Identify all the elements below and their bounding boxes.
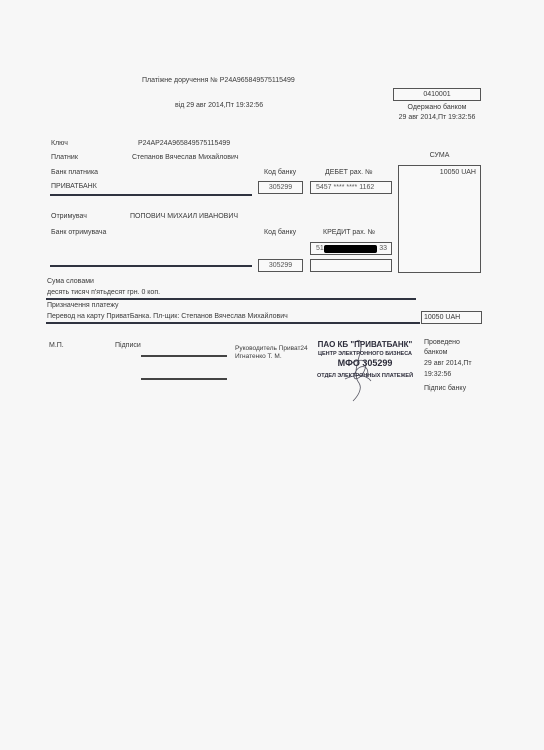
purpose-value: Перевод на карту ПриватБанка. Пл-щик: Ст… [47, 313, 288, 320]
recipient-bank-code-box: 305299 [258, 259, 303, 272]
document-date: від 29 авг 2014,Пт 19:32:56 [175, 102, 263, 109]
amount-box: 10050 UAH [398, 165, 481, 273]
received-date: 29 авг 2014,Пт 19:32:56 [385, 114, 489, 121]
signature-line-1 [141, 355, 227, 357]
processed-label-2: банком [424, 349, 447, 356]
director-name: Игнатенко Т. М. [235, 353, 282, 360]
processed-date-2: 19:32:56 [424, 371, 451, 378]
payer-bank-code-box: 305299 [258, 181, 303, 194]
payer-bank-underline [50, 194, 252, 196]
signature-line-2 [141, 378, 227, 380]
debit-account: 5457 **** **** 1162 [316, 184, 374, 191]
words-value: десять тисяч п'ятьдесят грн. 0 коп. [47, 289, 160, 296]
recipient-bank-label: Банк отримувача [51, 229, 106, 236]
payer-name: Степанов Вячеслав Михайлович [132, 154, 239, 161]
recipient-name: ПОПОВИЧ МИХАИЛ ИВАНОВИЧ [130, 213, 238, 220]
signature-scribble-icon [335, 335, 385, 407]
document-title: Платіжне доручення № P24A965849575115499 [142, 77, 295, 84]
mp-label: М.П. [49, 342, 64, 349]
words-label: Сума словами [47, 278, 94, 285]
recipient-bank-underline [50, 265, 252, 267]
recipient-bank-code-label: Код банку [264, 229, 296, 236]
received-label: Одержано банком [385, 104, 489, 111]
amount-value: 10050 UAH [440, 169, 476, 176]
purpose-underline [46, 322, 420, 324]
amount-label: СУМА [398, 152, 481, 159]
debit-account-box: 5457 **** **** 1162 [310, 181, 392, 194]
form-code: 0410001 [423, 91, 450, 98]
key-value: P24AP24A965849575115499 [138, 140, 230, 147]
director-title: Руководитель Приват24 [235, 345, 308, 352]
processed-label-1: Проведено [424, 339, 460, 346]
bank-signature-label: Підпис банку [424, 385, 466, 392]
debit-label: ДЕБЕТ рах. № [325, 169, 373, 176]
words-underline [46, 298, 416, 300]
recipient-bank-code: 305299 [269, 262, 292, 269]
credit-account-prefix: 51 [316, 245, 324, 252]
payer-bank-name: ПРИВАТБАНК [51, 183, 97, 190]
payer-label: Платник [51, 154, 78, 161]
processed-date-1: 29 авг 2014,Пт [424, 360, 472, 367]
payer-bank-code: 305299 [269, 184, 292, 191]
second-account-box [310, 259, 392, 272]
signatures-label: Підписи [115, 342, 141, 349]
form-code-box: 0410001 [393, 88, 481, 101]
purpose-amount-box: 10050 UAH [421, 311, 482, 324]
key-label: Ключ [51, 140, 68, 147]
payer-bank-code-label: Код банку [264, 169, 296, 176]
credit-account-box: 51 33 [310, 242, 392, 255]
purpose-label: Призначення платежу [47, 302, 118, 309]
credit-label: КРЕДИТ рах. № [323, 229, 375, 236]
purpose-amount: 10050 UAH [424, 314, 460, 321]
credit-account-redaction [324, 245, 377, 253]
credit-account-suffix: 33 [379, 243, 387, 254]
recipient-label: Отримувач [51, 213, 87, 220]
payer-bank-label: Банк платника [51, 169, 98, 176]
